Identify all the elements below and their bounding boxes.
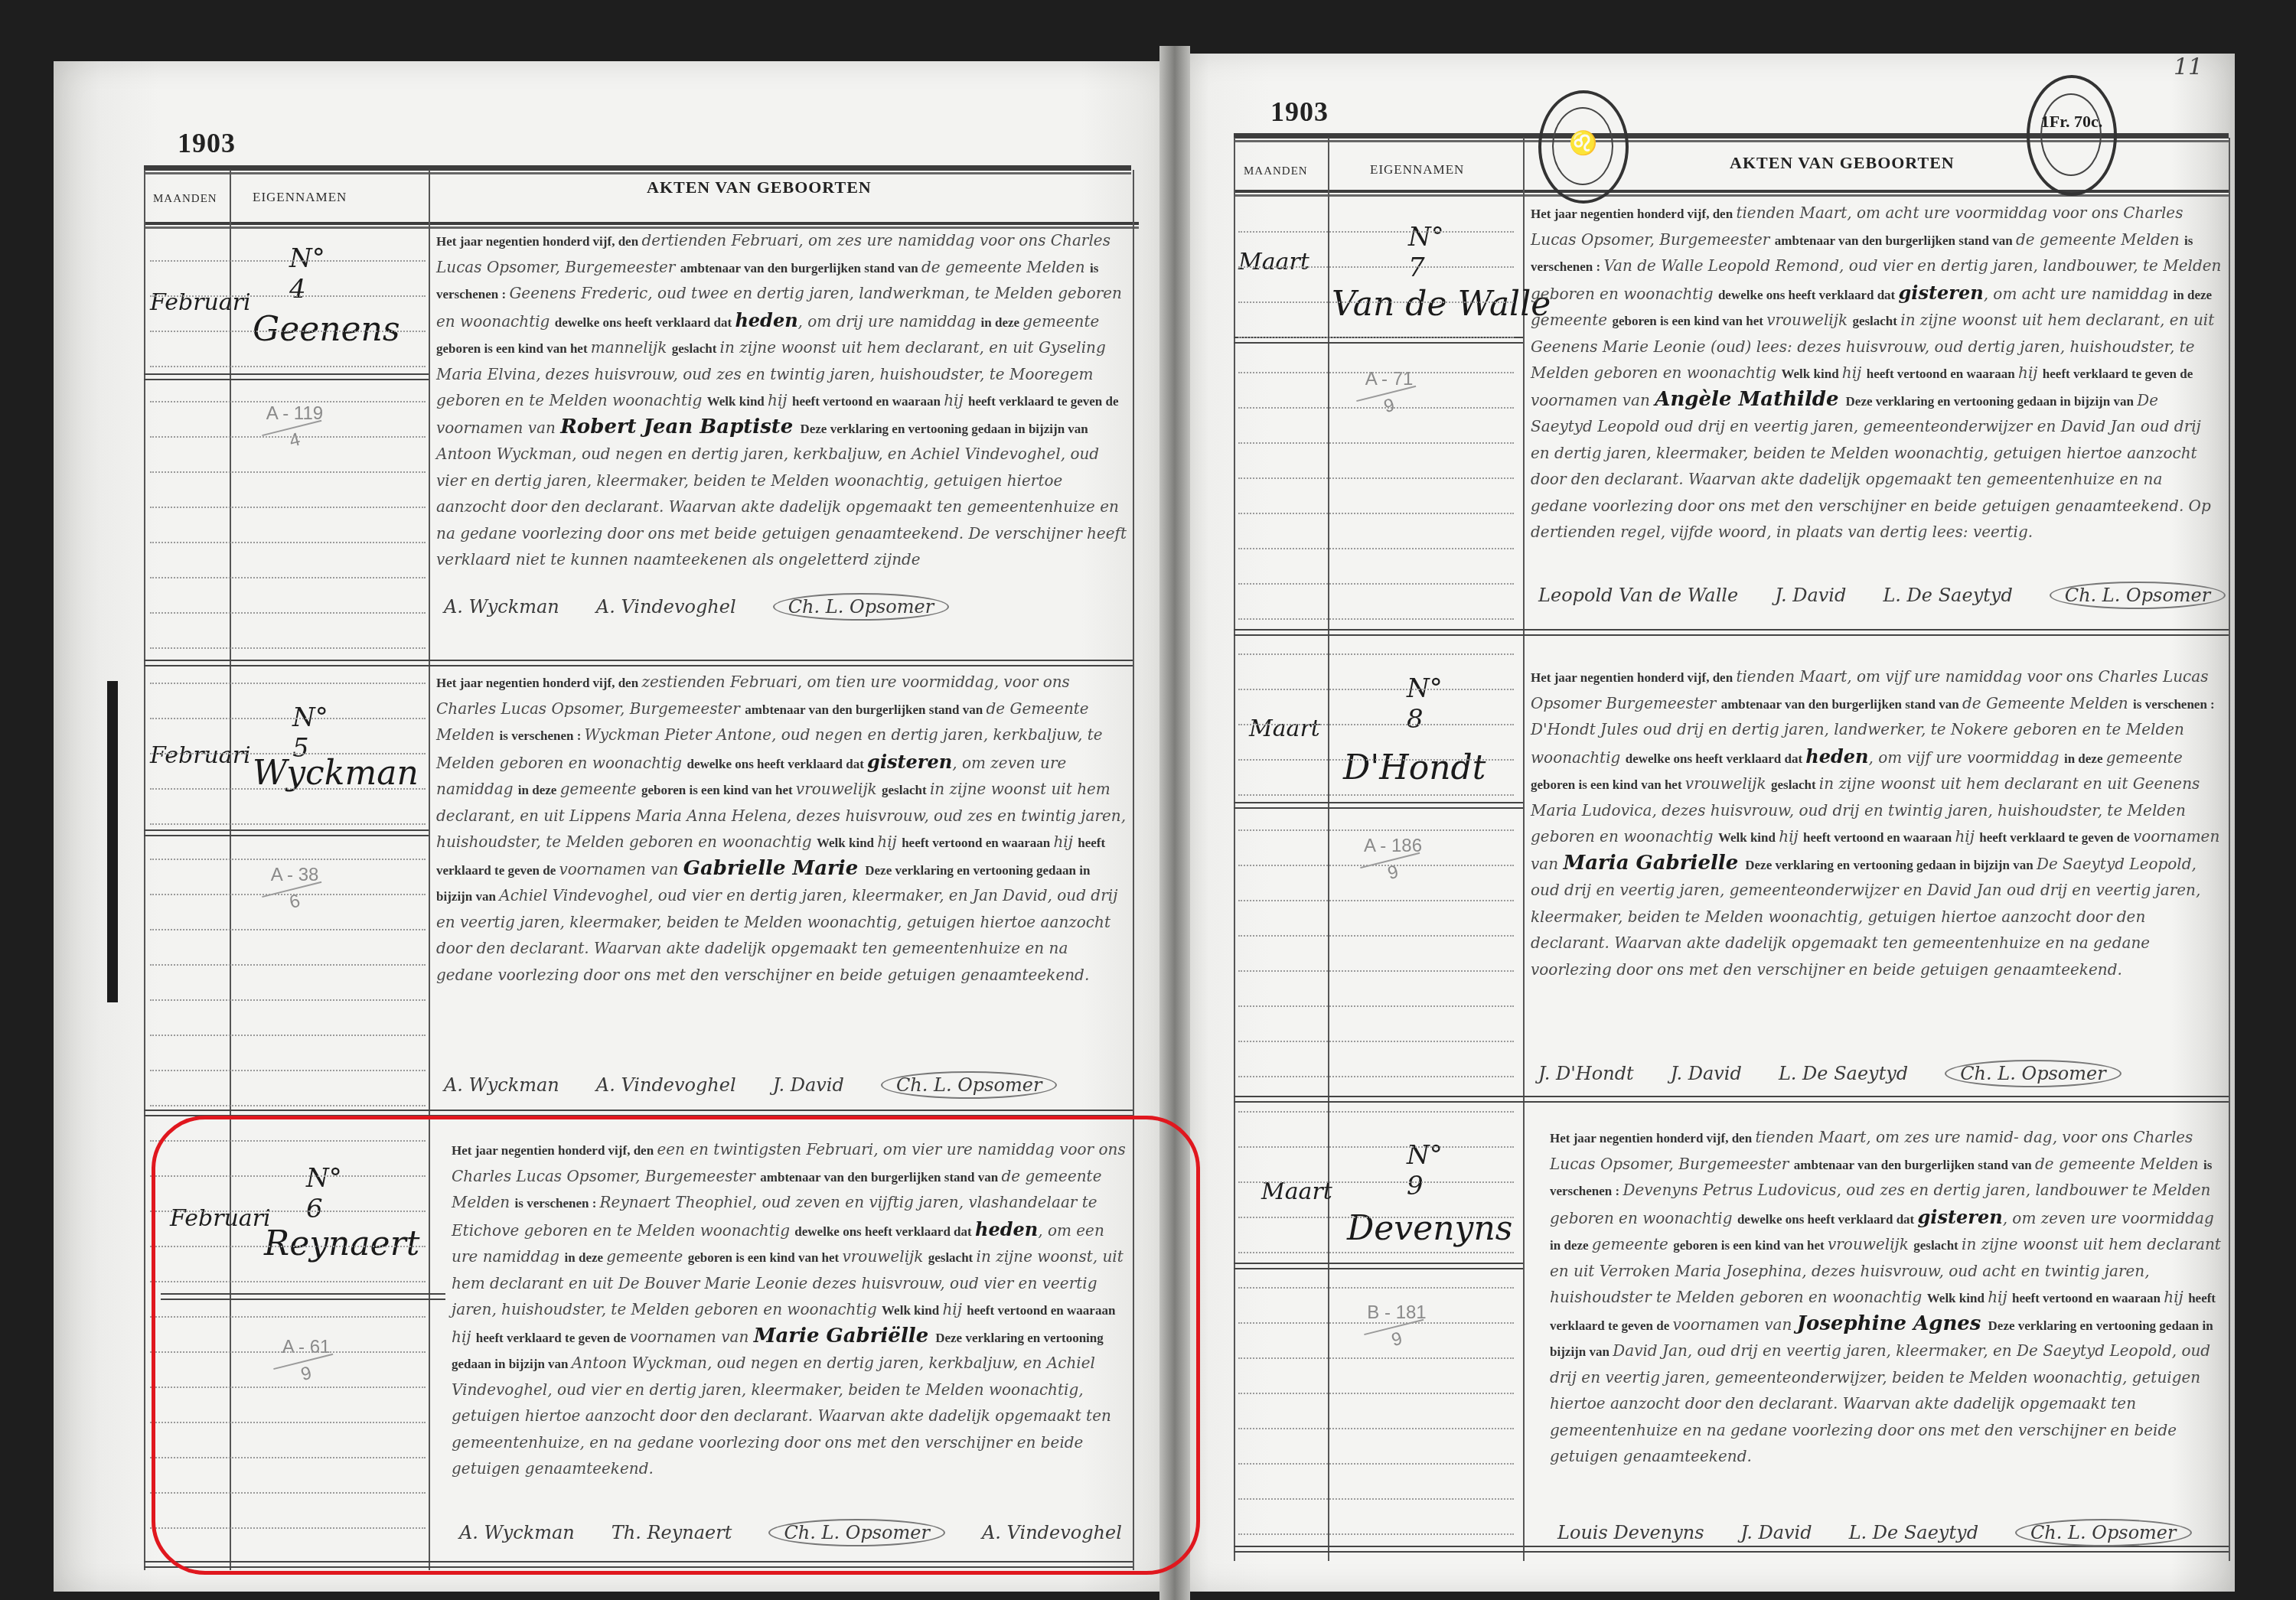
- printed-text: Welk kind: [1718, 830, 1779, 845]
- handwritten-text: gemeente: [1592, 1235, 1673, 1253]
- entry-body: Het jaar negentien honderd vijf, den zes…: [436, 670, 1129, 989]
- ruled-line: [150, 471, 426, 473]
- ruled-line: [150, 612, 426, 614]
- ruled-line: [150, 929, 426, 930]
- printed-text: dewelke ons heeft verklaard dat: [1718, 288, 1899, 302]
- ruled-line: [1238, 583, 1514, 585]
- ruled-line: [150, 1070, 426, 1071]
- entry-surname: Devenyns: [1347, 1209, 1512, 1248]
- registration-stamp: ♌: [1538, 90, 1629, 204]
- signature: Louis Devenyns: [1557, 1522, 1704, 1543]
- header-rule: [144, 165, 1131, 172]
- column-header-names: EIGENNAMEN: [253, 190, 347, 205]
- name-box-rule: [1234, 1263, 1523, 1269]
- register-title-right: AKTEN VAN GEBOORTEN: [1730, 153, 1955, 173]
- child-given-names: Robert Jean Baptiste: [560, 415, 800, 438]
- handwritten-text: hij: [1988, 1288, 2012, 1306]
- handwritten-text: gisteren: [1899, 282, 1984, 304]
- lion-emblem-icon: ♌: [1541, 130, 1626, 157]
- ruled-line: [1238, 1252, 1514, 1253]
- ruled-line: [150, 788, 426, 790]
- signature: L. De Saeytyd: [1779, 1063, 1908, 1084]
- ruled-line: [1238, 407, 1514, 409]
- ruled-line: [1238, 1005, 1514, 1007]
- printed-text: geboren is een kind van het: [436, 341, 591, 356]
- ruled-line: [1238, 1111, 1514, 1113]
- entry-number: N° 8: [1407, 673, 1443, 735]
- right-page-right-border: [2229, 138, 2230, 1561]
- handwritten-text: David Jan, oud drij en veertig jaren, kl…: [1550, 1341, 2210, 1465]
- printed-text: dewelke ons heeft verklaard dat: [555, 315, 735, 330]
- entry-number: N° 9: [1407, 1140, 1443, 1201]
- printed-text: geslacht: [1852, 314, 1900, 328]
- handwritten-text: zestienden Februari, om tien ure voormid…: [641, 673, 1003, 691]
- entry-surname: D'Hondt: [1343, 748, 1486, 787]
- ruled-line: [150, 331, 426, 332]
- handwritten-text: hij: [1842, 363, 1867, 382]
- column-header-names-right: EIGENNAMEN: [1370, 162, 1464, 178]
- entry-body: Het jaar negentien honderd vijf, den der…: [436, 228, 1129, 574]
- ruled-line: [150, 436, 426, 438]
- ruled-line: [1238, 1287, 1514, 1289]
- signature: A. Wyckman: [444, 1074, 559, 1096]
- entry-separator: [144, 660, 1133, 666]
- printed-text: heeft verklaard te geven de: [1979, 830, 2133, 845]
- printed-text: heeft vertoond en waaraan: [902, 836, 1053, 850]
- handwritten-text: hij: [944, 391, 968, 409]
- printed-text: is verschenen :: [2133, 697, 2215, 712]
- column-header-months: MAANDEN: [153, 193, 217, 206]
- child-given-names: Josephine Agnes: [1797, 1312, 1988, 1335]
- handwritten-text: de Gemeente Melden: [1962, 694, 2133, 712]
- ruled-line: [150, 1105, 426, 1106]
- signatures: A. WyckmanA. VindevoghelCh. L. Opsomer: [444, 593, 986, 621]
- handwritten-text: voornamen van: [1673, 1315, 1797, 1334]
- ruled-line: [1238, 1393, 1514, 1394]
- ruled-line: [1238, 794, 1514, 796]
- signature: Ch. L. Opsomer: [2015, 1519, 2192, 1546]
- ruled-line: [1238, 1146, 1514, 1148]
- printed-text: heeft vertoond en waaraan: [1803, 830, 1955, 845]
- handwritten-text: mannelijk: [591, 338, 672, 357]
- printed-text: geslacht: [882, 783, 930, 797]
- handwritten-text: , om drij ure namiddag: [798, 312, 981, 331]
- ruled-line: [1238, 1217, 1514, 1218]
- months-column-divider-right: [1328, 138, 1329, 1561]
- printed-text: dewelke ons heeft verklaard dat: [1737, 1212, 1918, 1227]
- ruled-line: [1238, 231, 1514, 233]
- printed-text: ambtenaar van den burgerlijken stand van: [1721, 697, 1962, 712]
- printed-text: dewelke ons heeft verklaard dat: [1626, 751, 1806, 766]
- printed-text: heeft vertoond en waaraan: [2012, 1291, 2164, 1305]
- register-title-left: AKTEN VAN GEBOORTEN: [647, 178, 872, 197]
- entry-body: Het jaar negentien honderd vijf, den tie…: [1531, 664, 2223, 983]
- printed-text: Welk kind: [817, 836, 877, 850]
- ruled-line: [150, 894, 426, 895]
- handwritten-text: gemeente: [2106, 748, 2183, 767]
- entry-surname: Wyckman: [253, 754, 419, 793]
- ruled-line: [1238, 829, 1514, 831]
- printed-text: in deze: [2174, 288, 2213, 302]
- printed-text: Het jaar negentien honderd vijf, den: [1531, 207, 1736, 221]
- printed-text: Deze verklaring en vertooning gedaan in …: [800, 422, 1088, 436]
- handwritten-text: hij: [1779, 827, 1803, 846]
- tax-stamp-value: 1Fr. 70c.: [2030, 112, 2114, 132]
- ruled-line: [1238, 548, 1514, 549]
- header-bottom-rule: [144, 222, 1139, 226]
- handwritten-text: de gemeente Melden: [921, 258, 1090, 276]
- signature: J. D'Hondt: [1538, 1063, 1634, 1084]
- handwritten-text: gemeente: [1531, 311, 1612, 329]
- handwritten-text: hij: [1053, 833, 1078, 851]
- ruled-line: [1238, 618, 1514, 620]
- handwritten-text: voornamen van: [436, 419, 560, 437]
- ruled-line: [1238, 513, 1514, 514]
- handwritten-text: Antoon Wyckman, oud negen en dertig jare…: [436, 445, 1127, 569]
- signature: J. David: [773, 1074, 844, 1096]
- printed-text: Het jaar negentien honderd vijf, den: [436, 676, 641, 690]
- printed-text: geboren is een kind van het: [1531, 777, 1685, 792]
- handwritten-text: vrouwelijk: [1766, 311, 1852, 329]
- tax-stamp: 1Fr. 70c.: [2027, 75, 2117, 196]
- right-page-year: 1903: [1270, 96, 1329, 128]
- handwritten-text: de gemeente Melden: [2016, 230, 2184, 249]
- entry-body: Het jaar negentien honderd vijf, den tie…: [1531, 200, 2223, 546]
- handwritten-text: vrouwelijk: [1685, 774, 1771, 793]
- entry-separator: [1234, 1096, 2229, 1103]
- ruled-line: [150, 1035, 426, 1036]
- entry-separator: [1234, 1546, 2229, 1553]
- archive-reference: A - 1869: [1351, 834, 1435, 885]
- signature: Ch. L. Opsomer: [1945, 1060, 2122, 1087]
- signature: J. David: [1775, 585, 1846, 606]
- ruled-line: [150, 823, 426, 825]
- printed-text: ambtenaar van den burgerlijken stand van: [1794, 1158, 2035, 1172]
- name-box-rule: [1234, 802, 1523, 809]
- printed-text: heeft verklaard te geven de: [968, 394, 1118, 409]
- ruled-line: [1238, 900, 1514, 901]
- entry-separator: [1234, 629, 2229, 636]
- signature: L. De Saeytyd: [1883, 585, 2012, 606]
- ruled-line: [1238, 1181, 1514, 1183]
- right-page-left-border: [1234, 138, 1235, 1561]
- ruled-line: [1238, 1076, 1514, 1077]
- archive-reference: A - 1194: [253, 402, 337, 452]
- ruled-line: [150, 683, 426, 684]
- printed-text: ambtenaar van den burgerlijken stand van: [1775, 233, 2016, 248]
- ruled-line: [1238, 337, 1514, 338]
- printed-text: geboren is een kind van het: [641, 783, 796, 797]
- entry-month: Maart: [1238, 249, 1309, 275]
- signature: J. David: [1671, 1063, 1742, 1084]
- printed-text: Het jaar negentien honderd vijf, den: [1550, 1131, 1755, 1145]
- ruled-line: [1238, 1041, 1514, 1042]
- ruled-line: [150, 859, 426, 860]
- printed-text: is verschenen :: [500, 728, 585, 743]
- ruled-line: [1238, 759, 1514, 761]
- signature: Ch. L. Opsomer: [773, 593, 950, 621]
- ruled-line: [150, 647, 426, 649]
- binding-tab: [107, 681, 118, 1002]
- entry-surname: Geenens: [253, 310, 400, 349]
- handwritten-text: , om vijf ure voormiddag: [1869, 748, 2064, 767]
- printed-text: heeft vertoond en waaraan: [792, 394, 944, 409]
- signatures: J. D'HondtJ. DavidL. De SaeytydCh. L. Op…: [1538, 1060, 2158, 1087]
- archive-reference: A - 386: [253, 863, 337, 914]
- printed-text: Deze verklaring en vertooning gedaan in …: [1846, 394, 2138, 409]
- printed-text: Welk kind: [1927, 1291, 1988, 1305]
- signature: A. Wyckman: [444, 596, 559, 618]
- printed-text: geslacht: [1771, 777, 1819, 792]
- handwritten-text: hij: [1955, 827, 1979, 846]
- signatures: Louis DevenynsJ. DavidL. De SaeytydCh. L…: [1557, 1519, 2229, 1546]
- ruled-line: [1238, 301, 1514, 303]
- child-given-names: Gabrielle Marie: [683, 857, 866, 880]
- ruled-line: [150, 295, 426, 297]
- signatures: Leopold Van de WalleJ. DavidL. De Saeyty…: [1538, 582, 2262, 609]
- handwritten-text: tienden Maart, om vijf ure namiddag: [1736, 667, 2027, 686]
- printed-text: dewelke ons heeft verklaard dat: [687, 757, 867, 771]
- ruled-line: [150, 260, 426, 262]
- ruled-line: [150, 401, 426, 402]
- handwritten-text: voornamen van: [559, 860, 683, 878]
- signature: A. Vindevoghel: [596, 596, 736, 618]
- signature: Leopold Van de Walle: [1538, 585, 1738, 606]
- ruled-line: [150, 507, 426, 508]
- printed-text: ambtenaar van den burgerlijken stand van: [745, 702, 986, 717]
- ruled-line: [1238, 653, 1514, 655]
- signature: L. De Saeytyd: [1849, 1522, 1978, 1543]
- ruled-line: [1238, 477, 1514, 479]
- ruled-line: [150, 964, 426, 966]
- child-given-names: Angèle Mathilde: [1655, 388, 1845, 411]
- handwritten-text: de gemeente Melden: [2035, 1155, 2203, 1173]
- register-book-spread: 1903 MAANDEN EIGENNAMEN AKTEN VAN GEBOOR…: [0, 0, 2296, 1600]
- handwritten-text: hij: [2018, 363, 2043, 382]
- ruled-line: [1238, 1322, 1514, 1324]
- entry-body: Het jaar negentien honderd vijf, den tie…: [1550, 1125, 2227, 1471]
- signature: Ch. L. Opsomer: [2050, 582, 2226, 609]
- handwritten-text: vrouwelijk: [796, 780, 882, 798]
- ruled-line: [1238, 724, 1514, 725]
- ruled-line: [150, 999, 426, 1001]
- handwritten-text: heden: [1805, 745, 1868, 767]
- handwritten-text: dertienden Februari, om zes ure namiddag: [641, 231, 980, 249]
- handwritten-text: tienden Maart, om acht ure voormiddag: [1736, 204, 2052, 222]
- highlight-annotation-entry-6: [152, 1116, 1200, 1575]
- ruled-line: [150, 577, 426, 578]
- handwritten-text: hij: [877, 833, 902, 851]
- ruled-line: [1238, 266, 1514, 268]
- name-box-rule: [144, 373, 429, 380]
- printed-text: Het jaar negentien honderd vijf, den: [1531, 670, 1736, 685]
- printed-text: Deze verklaring en vertooning gedaan in …: [1745, 858, 2037, 872]
- handwritten-text: hij: [768, 391, 792, 409]
- archive-reference: B - 1819: [1355, 1301, 1439, 1351]
- printed-text: heeft vertoond en waaraan: [1867, 367, 2018, 381]
- handwritten-text: vrouwelijk: [1828, 1235, 1913, 1253]
- printed-text: geboren is een kind van het: [1612, 314, 1766, 328]
- ruled-line: [1238, 1428, 1514, 1429]
- signatures: A. WyckmanA. VindevoghelJ. DavidCh. L. O…: [444, 1071, 1094, 1099]
- ruled-line: [1238, 935, 1514, 937]
- ruled-line: [150, 753, 426, 754]
- handwritten-text: , om zeven ure voormiddag: [2003, 1209, 2214, 1227]
- printed-text: Het jaar negentien honderd vijf, den: [436, 234, 641, 249]
- names-column-divider-right: [1523, 138, 1525, 1561]
- ruled-line: [1238, 1498, 1514, 1500]
- entry-month: Maart: [1249, 715, 1320, 742]
- signature: J. David: [1740, 1522, 1812, 1543]
- ruled-line: [150, 542, 426, 543]
- archive-reference: A - 719: [1347, 367, 1431, 418]
- ruled-line: [1238, 1357, 1514, 1359]
- handwritten-text: gemeente: [1022, 312, 1099, 331]
- printed-text: in deze: [1550, 1238, 1592, 1253]
- ruled-line: [1238, 689, 1514, 690]
- handwritten-text: gisteren: [1918, 1206, 2003, 1228]
- printed-text: geslacht: [1913, 1238, 1962, 1253]
- printed-text: in deze: [981, 315, 1023, 330]
- entry-surname: Van de Walle: [1332, 285, 1551, 324]
- entry-month: Februari: [150, 742, 251, 769]
- printed-text: in deze: [2064, 751, 2106, 766]
- handwritten-text: gisteren: [867, 751, 952, 773]
- ruled-line: [1238, 1463, 1514, 1465]
- ruled-line: [1238, 970, 1514, 972]
- page-number-mark: 11: [2174, 54, 2203, 80]
- ruled-line: [1238, 1533, 1514, 1535]
- handwritten-text: tienden Maart, om zes ure namid-: [1755, 1128, 2024, 1146]
- printed-text: geslacht: [672, 341, 720, 356]
- handwritten-text: Achiel Vindevoghel, oud vier en dertig j…: [436, 886, 1117, 984]
- printed-text: in deze: [518, 783, 560, 797]
- handwritten-text: gemeente: [560, 780, 641, 798]
- ruled-line: [1238, 865, 1514, 866]
- ruled-line: [150, 366, 426, 367]
- handwritten-text: De Saeytyd Leopold oud drij en veertig j…: [1531, 391, 2211, 542]
- reference-code: A - 38: [271, 865, 319, 885]
- printed-text: ambtenaar van den burgerlijken stand van: [680, 261, 921, 275]
- ruled-line: [150, 718, 426, 719]
- signature: Ch. L. Opsomer: [881, 1071, 1058, 1099]
- name-box-rule: [144, 829, 429, 836]
- handwritten-text: heden: [735, 309, 797, 331]
- ruled-line: [1238, 372, 1514, 373]
- ruled-line: [1238, 442, 1514, 444]
- printed-text: geboren is een kind van het: [1673, 1238, 1828, 1253]
- handwritten-text: voornamen van: [1531, 391, 1655, 409]
- entry-month: Februari: [150, 289, 251, 316]
- printed-text: Welk kind: [1781, 367, 1841, 381]
- printed-text: heeft verklaard te geven de: [2043, 367, 2193, 381]
- left-page-year: 1903: [178, 127, 236, 159]
- handwritten-text: , om acht ure namiddag: [1984, 285, 2174, 303]
- child-given-names: Maria Gabrielle: [1563, 852, 1745, 875]
- column-header-months-right: MAANDEN: [1244, 165, 1308, 178]
- handwritten-text: hij: [2164, 1288, 2188, 1306]
- signature: A. Vindevoghel: [596, 1074, 736, 1096]
- printed-text: Welk kind: [707, 394, 768, 409]
